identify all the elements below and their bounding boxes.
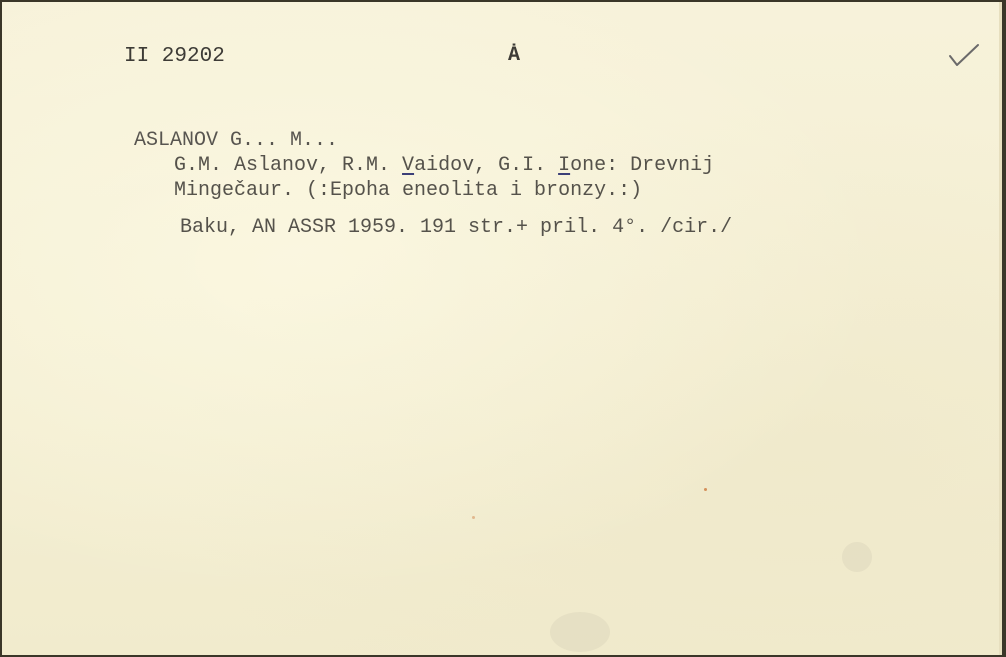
call-number: II 29202 xyxy=(124,45,225,68)
title-line: Mingečaur. (:Epoha eneolita i bronzy.:) xyxy=(174,179,642,202)
authors-text-3: one: Drevnij xyxy=(570,154,714,177)
letter-mark: Ȧ xyxy=(508,44,521,67)
authors-underlined-1: V xyxy=(402,154,414,177)
authors-text-2: aidov, G.I. xyxy=(414,154,558,177)
catalog-card: II 29202 Ȧ ASLANOV G... M... G.M. Aslan… xyxy=(2,2,1002,655)
paper-smudge xyxy=(842,542,872,572)
authors-line: G.M. Aslanov, R.M. Vaidov, G.I. Ione: Dr… xyxy=(174,154,714,177)
authors-underlined-2: I xyxy=(558,154,570,177)
imprint-line: Baku, AN ASSR 1959. 191 str.+ pril. 4°. … xyxy=(180,216,732,239)
author-heading: ASLANOV G... M... xyxy=(134,129,338,152)
checkmark-icon xyxy=(948,42,980,68)
paper-speck xyxy=(704,488,707,491)
paper-speck xyxy=(472,516,475,519)
paper-smudge xyxy=(550,612,610,652)
authors-text-1: G.M. Aslanov, R.M. xyxy=(174,154,402,177)
